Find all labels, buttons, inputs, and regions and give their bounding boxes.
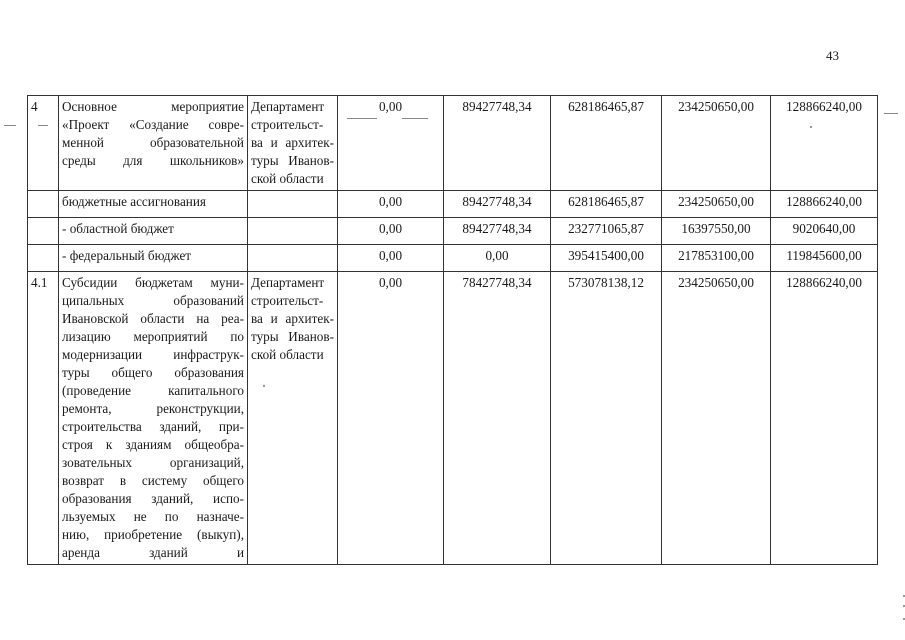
value-cell: 395415400,00 [551, 245, 662, 272]
scan-artifact-mark [884, 113, 898, 114]
value-cell: 0,00 [338, 245, 444, 272]
value-cell: 78427748,34 [444, 272, 551, 565]
scan-artifact-mark [4, 125, 16, 126]
value-cell: 89427748,34 [444, 191, 551, 218]
table-row: бюджетные ассигнования 0,00 89427748,34 … [28, 191, 878, 218]
value-cell: 234250650,00 [662, 191, 771, 218]
row-description: бюджетные ассигнования [59, 191, 248, 218]
row-department: Департамент строительст- ва и архитек- т… [248, 96, 338, 191]
table-row: 4.1 Субсидии бюджетам муни- ципальных об… [28, 272, 878, 565]
row-description: Основное мероприятие «Проект «Создание с… [59, 96, 248, 191]
value-cell: 628186465,87 [551, 191, 662, 218]
value-cell: 0,00 [338, 218, 444, 245]
table-row: - областной бюджет 0,00 89427748,34 2327… [28, 218, 878, 245]
value-cell: 128866240,00 [771, 191, 878, 218]
row-description: - федеральный бюджет [59, 245, 248, 272]
row-department: Департамент строительст- ва и архитек- т… [248, 272, 338, 565]
value-cell: 9020640,00 [771, 218, 878, 245]
row-index [28, 245, 59, 272]
row-department [248, 218, 338, 245]
value-cell: 0,00 [338, 272, 444, 565]
table-row: - федеральный бюджет 0,00 0,00 395415400… [28, 245, 878, 272]
value-cell: 0,00 [338, 96, 444, 191]
row-description: Субсидии бюджетам муни- ципальных образо… [59, 272, 248, 565]
value-cell: 217853100,00 [662, 245, 771, 272]
row-index: 4.1 [28, 272, 59, 565]
row-index: 4 [28, 96, 59, 191]
row-department [248, 191, 338, 218]
value-cell: 234250650,00 [662, 272, 771, 565]
value-cell: 16397550,00 [662, 218, 771, 245]
row-index [28, 191, 59, 218]
value-cell: 232771065,87 [551, 218, 662, 245]
value-cell: 128866240,00 [771, 272, 878, 565]
value-cell: 89427748,34 [444, 218, 551, 245]
value-cell: 119845600,00 [771, 245, 878, 272]
table-row: 4 Основное мероприятие «Проект «Создание… [28, 96, 878, 191]
value-cell: 234250650,00 [662, 96, 771, 191]
row-index [28, 218, 59, 245]
row-description: - областной бюджет [59, 218, 248, 245]
value-cell: 628186465,87 [551, 96, 662, 191]
value-cell: 0,00 [444, 245, 551, 272]
row-department [248, 245, 338, 272]
page-number: 43 [826, 48, 839, 64]
value-cell: 0,00 [338, 191, 444, 218]
funding-table: 4 Основное мероприятие «Проект «Создание… [27, 95, 878, 565]
value-cell: 573078138,12 [551, 272, 662, 565]
value-cell: 128866240,00 [771, 96, 878, 191]
value-cell: 89427748,34 [444, 96, 551, 191]
